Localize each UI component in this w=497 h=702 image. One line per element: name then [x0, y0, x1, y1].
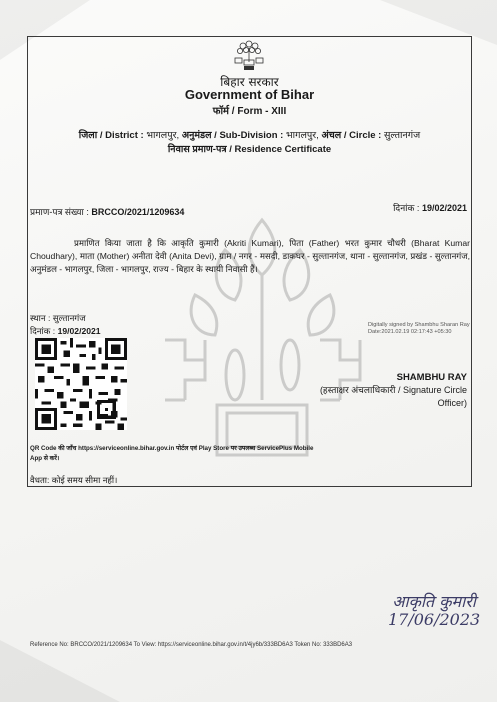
- jurisdiction-line: जिला / District : भागलपुर, अनुमंडल / Sub…: [27, 128, 472, 141]
- certificate-number-label: प्रमाण-पत्र संख्या :: [30, 207, 89, 217]
- issue-date-value: 19/02/2021: [58, 326, 101, 336]
- certificate-number: प्रमाण-पत्र संख्या : BRCCO/2021/1209634: [30, 205, 184, 218]
- officer-title: (हस्ताक्षर अंचलाधिकारी / Signature Circl…: [297, 384, 467, 410]
- circle-label: अंचल / Circle :: [321, 130, 381, 141]
- certificate-date-label: दिनांक :: [393, 203, 419, 213]
- title-english: Government of Bihar: [27, 87, 472, 102]
- subdivision-value: भागलपुर,: [286, 130, 319, 141]
- handwritten-annotation: आकृति कुमारी 17/06/2023: [388, 593, 480, 629]
- paper-fold-bottom-left: [0, 640, 120, 702]
- digital-signature-date: Date:2021.02.19 02:17:43 +05:30: [368, 329, 470, 336]
- bihar-emblem-icon: [229, 36, 269, 72]
- certificate-number-value: BRCCO/2021/1209634: [91, 207, 184, 217]
- qr-code-icon: [35, 338, 127, 430]
- subdivision-label: अनुमंडल / Sub-Division :: [182, 130, 284, 141]
- district-label: जिला / District :: [79, 130, 144, 141]
- certificate-date: दिनांक : 19/02/2021: [393, 201, 467, 214]
- issue-date-label: दिनांक :: [30, 326, 55, 336]
- handwritten-date: 17/06/2023: [388, 611, 480, 629]
- circle-value: सुल्तानगंज: [384, 130, 420, 141]
- place-value: सुल्तानगंज: [53, 313, 86, 323]
- certificate-body: प्रमाणित किया जाता है कि आकृति कुमारी (A…: [30, 237, 470, 276]
- qr-verification-note: QR Code की जाँच https://serviceonline.bi…: [30, 444, 320, 464]
- reference-footer: Reference No: BRCCO/2021/1209634 To View…: [30, 642, 352, 648]
- certificate-date-value: 19/02/2021: [422, 203, 467, 213]
- form-number: फॉर्म / Form - XIII: [27, 103, 472, 117]
- place-label: स्थान :: [30, 313, 50, 323]
- handwritten-name: आकृति कुमारी: [388, 593, 480, 611]
- validity-note: वैधता: कोई समय सीमा नहीं।: [30, 475, 117, 486]
- digital-signature: Digitally signed by Shambhu Sharan Ray D…: [368, 322, 470, 336]
- digital-signature-signer: Digitally signed by Shambhu Sharan Ray: [368, 322, 470, 329]
- scanned-document: बिहार सरकार Government of Bihar फॉर्म / …: [0, 0, 497, 702]
- certificate-type: निवास प्रमाण-पत्र / Residence Certificat…: [27, 142, 472, 155]
- place-line: स्थान : सुल्तानगंज: [30, 312, 86, 324]
- issue-date-line: दिनांक : 19/02/2021: [30, 325, 101, 337]
- officer-name: SHAMBHU RAY: [397, 372, 467, 383]
- district-value: भागलपुर,: [146, 130, 179, 141]
